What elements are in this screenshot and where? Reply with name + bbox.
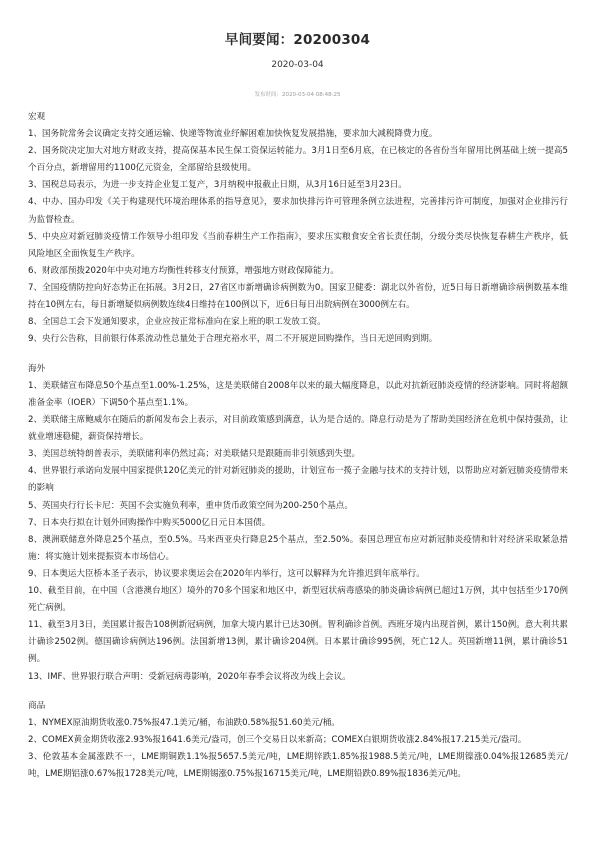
news-item: 5、英国央行行长卡尼：英国不会实施负利率，重申货币政策空间为200-250个基点… [28,498,568,515]
news-item: 2、国务院决定加大对地方财政支持，提高保基本民生保工资保运转能力。3月1日至6月… [28,143,568,177]
news-item: 9、日本奥运大臣桥本圣子表示，协议要求奥运会在2020年内举行，这可以解释为允许… [28,566,568,583]
section-title-commodities: 商品 [28,698,568,715]
news-item: 8、澳洲联储意外降息25个基点，至0.5%。马来西亚央行降息25个基点，至2.5… [28,532,568,566]
news-item: 2、COMEX黄金期货收涨2.93%报1641.6美元/盎司，创三个交易日以来新… [28,732,568,749]
news-item: 3、国税总局表示，为进一步支持企业复工复产，3月纳税申报截止日期，从3月16日延… [28,177,568,194]
news-item: 11、截至3月3日，美国累计报告108例新冠病例，加拿大境内累计已达30例。智利… [28,617,568,668]
section-title-overseas: 海外 [28,361,568,378]
news-item: 2、美联储主席鲍威尔在随后的新闻发布会上表示，对目前政策感到满意，认为是合适的。… [28,412,568,446]
news-item: 10、截至目前，在中国（含港澳台地区）境外的70多个国家和地区中，新型冠状病毒感… [28,583,568,617]
news-item: 9、央行公告称，目前银行体系流动性总量处于合理充裕水平，周二不开展逆回购操作，当… [28,331,568,348]
section-commodities: 商品 1、NYMEX原油期货收涨0.75%报47.1美元/桶，布油跌0.58%报… [28,698,568,783]
section-overseas: 海外 1、美联储宣布降息50个基点至1.00%-1.25%，这是美联储自2008… [28,361,568,686]
news-item: 1、美联储宣布降息50个基点至1.00%-1.25%，这是美联储自2008年以来… [28,378,568,412]
news-item: 1、NYMEX原油期货收涨0.75%报47.1美元/桶，布油跌0.58%报51.… [28,715,568,732]
section-macro: 宏观 1、国务院常务会议确定支持交通运输、快递等物流业纾解困难加快恢复发展措施，… [28,109,568,348]
news-item: 7、日本央行拟在计划外回购操作中购买5000亿日元日本国债。 [28,515,568,532]
page-title: 早间要闻：20200304 [0,28,595,48]
news-item: 4、中办、国办印发《关于构建现代环境治理体系的指导意见》，要求加快排污许可管理条… [28,194,568,228]
news-item: 3、美国总统特朗普表示，美联储利率仍然过高；对美联储只是跟随而非引领感到失望。 [28,446,568,463]
section-title-macro: 宏观 [28,109,568,126]
news-item: 13、IMF、世界银行联合声明：受新冠病毒影响，2020年春季会议将改为线上会议… [28,669,568,686]
publish-time: 发布时间：2020-03-04 08:48:25 [0,90,595,98]
news-item: 4、世界银行承诺向发展中国家提供120亿美元的针对新冠肺炎的援助，计划宣布一揽子… [28,463,568,497]
news-item: 5、中央应对新冠肺炎疫情工作领导小组印发《当前春耕生产工作指南》，要求压实粮食安… [28,229,568,263]
news-item: 6、财政部预拨2020年中央对地方均衡性转移支付预算，增强地方财政保障能力。 [28,263,568,280]
news-item: 1、国务院常务会议确定支持交通运输、快递等物流业纾解困难加快恢复发展措施，要求加… [28,126,568,143]
news-item: 3、伦敦基本金属涨跌不一，LME期铜跌1.1%报5657.5美元/吨，LME期锌… [28,749,568,783]
news-item: 7、全国疫情防控向好态势正在拓展。3月2日，27省区市新增确诊病例数为0。国家卫… [28,280,568,314]
article-body: 宏观 1、国务院常务会议确定支持交通运输、快递等物流业纾解困难加快恢复发展措施，… [28,109,568,784]
news-item: 8、全国总工会下发通知要求，企业应按正常标准向在家上班的职工发放工资。 [28,314,568,331]
report-date: 2020-03-04 [0,60,595,70]
